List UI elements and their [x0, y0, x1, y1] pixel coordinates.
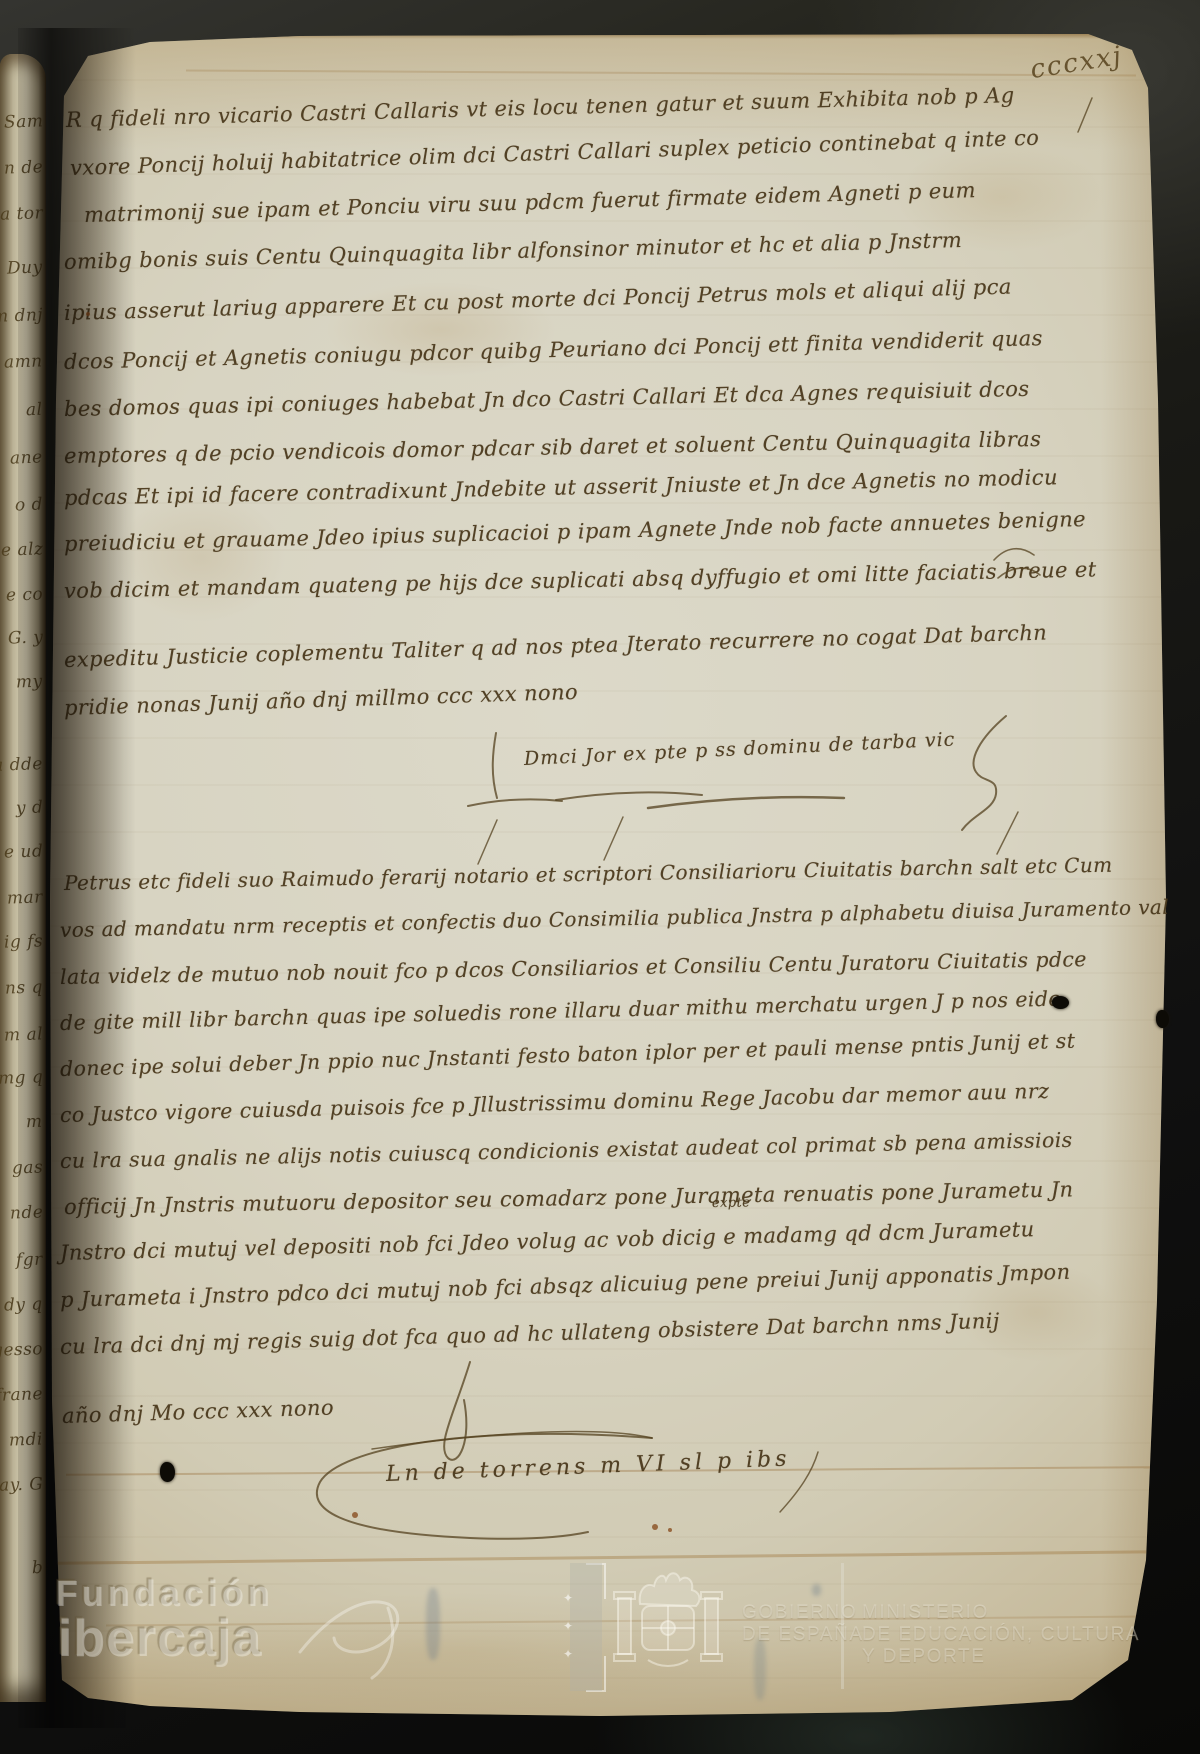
ink-hole	[1156, 1010, 1169, 1028]
facing-page-text-fragment: ig fs	[3, 931, 43, 952]
facing-page-text-fragment: fgr	[16, 1250, 43, 1271]
facing-page-text-fragment: e alz	[0, 539, 43, 560]
facing-page-text-fragment: gesso	[0, 1339, 43, 1361]
crease-line	[186, 70, 1136, 77]
ink-smudge	[426, 1588, 440, 1660]
facing-page-text-fragment: a tor	[0, 203, 43, 224]
facing-page-text-fragment: dy q	[4, 1294, 43, 1315]
facing-page-text-fragment: mar	[7, 887, 44, 908]
ink-hole	[1052, 996, 1069, 1009]
facing-page-text-fragment: ay. G	[0, 1474, 43, 1496]
stain	[166, 1592, 766, 1712]
facing-page-text-fragment: b	[31, 1558, 43, 1578]
facing-page-text-fragment: frane	[0, 1384, 43, 1406]
facing-page-text-fragment: G. y	[7, 627, 43, 648]
facing-page-text-fragment: Duy	[7, 257, 43, 278]
crease-line	[106, 1615, 1146, 1626]
rust-speck	[652, 1524, 658, 1530]
rust-speck	[86, 312, 90, 316]
rust-speck	[352, 1512, 358, 1518]
facing-page-text-fragment: ane	[10, 447, 43, 468]
ink-hole	[160, 1462, 175, 1482]
facing-page-text-fragment: e co	[5, 584, 43, 605]
facing-page-edge: Samn dea torDuym dnjamnalaneo de alze co…	[0, 54, 46, 1702]
stain	[116, 492, 286, 622]
facing-page-text-fragment: gas	[11, 1157, 43, 1178]
facing-page-text-fragment: m al	[4, 1024, 44, 1045]
facing-page-text-fragment: al	[26, 400, 43, 421]
photograph-background: Samn dea torDuym dnjamnalaneo de alze co…	[0, 0, 1200, 1754]
ink-smudge	[754, 1638, 766, 1700]
facing-page-text-fragment: y d	[15, 798, 43, 819]
facing-page-text-fragment: m	[26, 1112, 43, 1133]
facing-page-text-fragment: mg q	[0, 1067, 43, 1089]
facing-page-text-fragment: a dde	[0, 754, 43, 776]
facing-page-text-fragment: m dnj	[0, 305, 43, 327]
facing-page-text-fragment: Sam	[3, 111, 43, 132]
facing-page-text-fragment: my	[16, 672, 43, 693]
facing-page-text-fragment: o d	[15, 495, 44, 516]
interlinear-note: expte	[712, 1195, 751, 1211]
crease-line	[56, 1550, 1166, 1565]
facing-page-text-fragment: nde	[9, 1202, 43, 1223]
facing-page-text-fragment: amn	[4, 351, 43, 372]
page-top-rim	[66, 32, 1168, 39]
facing-page-text-fragment: mdi	[9, 1429, 44, 1450]
facing-page-text-fragment: n de	[3, 157, 43, 178]
ink-smudge	[812, 1584, 821, 1596]
rust-speck	[668, 1528, 672, 1532]
facing-page-text-fragment: e ud	[3, 841, 43, 862]
facing-page-text-fragment: ns q	[5, 977, 44, 998]
